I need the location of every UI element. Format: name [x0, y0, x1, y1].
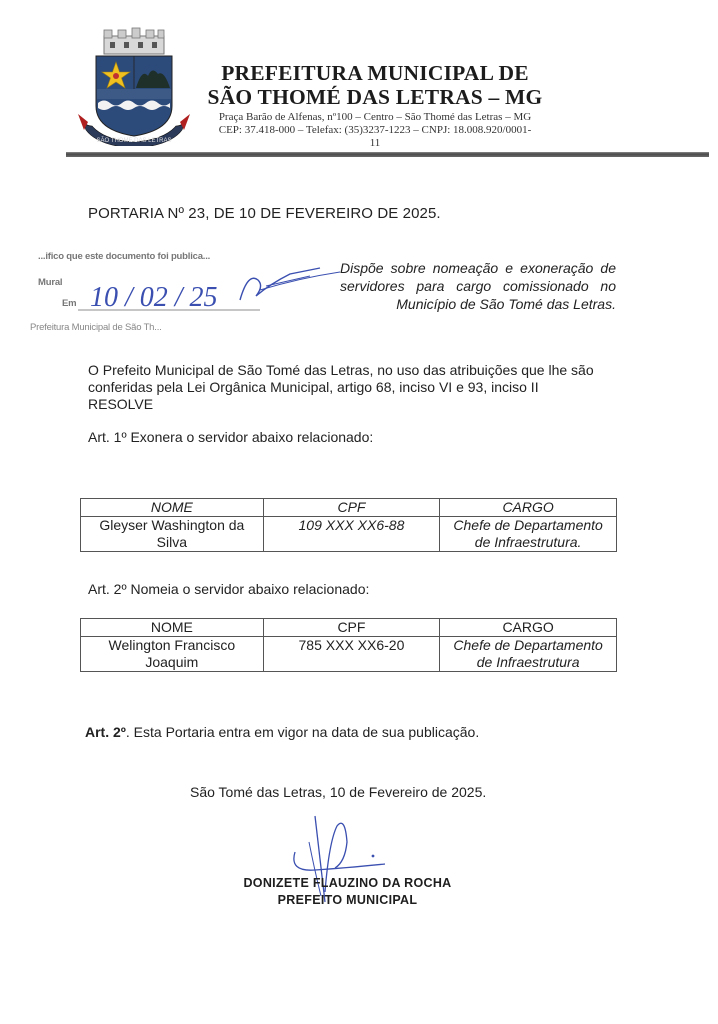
table-header-cargo: CARGO — [440, 499, 617, 517]
table-header-row: NOME CPF CARGO — [81, 499, 617, 517]
appointment-table: NOME CPF CARGO Welington FranciscoJoaqui… — [80, 618, 617, 672]
header-title-line2: SÃO THOMÉ DAS LETRAS – MG — [190, 85, 560, 109]
header-address-line3: 11 — [190, 137, 560, 150]
header-address-line1: Praça Barão de Alfenas, nº100 – Centro –… — [190, 111, 560, 124]
header-address-line2: CEP: 37.418-000 – Telefax: (35)3237-1223… — [190, 124, 560, 137]
svg-text:SÃO THOMÉ DAS LETRAS: SÃO THOMÉ DAS LETRAS — [97, 137, 172, 144]
exoneration-table: NOME CPF CARGO Gleyser Washington daSilv… — [80, 498, 617, 552]
municipal-coat-of-arms-icon: SÃO THOMÉ DAS LETRAS — [74, 26, 194, 146]
header-title-line1: PREFEITURA MUNICIPAL DE — [190, 61, 560, 85]
signer-role: PREFEITO MUNICIPAL — [230, 893, 465, 907]
table-header-nome: NOME — [81, 499, 264, 517]
stamp-date-value: 10 / 02 / 25 — [90, 282, 218, 312]
stamp-footer-text: Prefeitura Municipal de São Th... — [30, 322, 162, 333]
article-final-body: . Esta Portaria entra em vigor na data d… — [126, 724, 479, 740]
article-final-text: Art. 2º. Esta Portaria entra em vigor na… — [85, 724, 479, 740]
cell-cpf: 109 XXX XX6-88 — [263, 517, 440, 552]
header-divider — [66, 152, 709, 157]
article-final-label: Art. 2º — [85, 724, 126, 740]
table-header-cpf: CPF — [263, 499, 440, 517]
signer-name: DONIZETE FLAUZINO DA ROCHA — [230, 876, 465, 890]
document-title: PORTARIA Nº 23, DE 10 DE FEVEREIRO DE 20… — [88, 205, 441, 222]
place-and-date: São Tomé das Letras, 10 de Fevereiro de … — [190, 784, 486, 800]
article-1-text: Art. 1º Exonera o servidor abaixo relaci… — [88, 429, 373, 445]
cell-cargo: Chefe de Departamentode Infraestrutura. — [440, 517, 617, 552]
cell-nome: Welington FranciscoJoaquim — [81, 637, 264, 672]
resolve-text: RESOLVE — [88, 396, 153, 412]
article-2-text: Art. 2º Nomeia o servidor abaixo relacio… — [88, 581, 369, 597]
preamble-paragraph: O Prefeito Municipal de São Tomé das Let… — [88, 362, 628, 413]
table-header-cargo: CARGO — [440, 619, 617, 637]
table-header-row: NOME CPF CARGO — [81, 619, 617, 637]
preamble-text: O Prefeito Municipal de São Tomé das Let… — [88, 362, 594, 395]
ementa-summary: Dispõe sobre nomeação e exoneração de se… — [340, 259, 616, 313]
cell-nome: Gleyser Washington daSilva — [81, 517, 264, 552]
cell-cpf: 785 XXX XX6-20 — [263, 637, 440, 672]
table-row: Welington FranciscoJoaquim 785 XXX XX6-2… — [81, 637, 617, 672]
table-header-nome: NOME — [81, 619, 264, 637]
stamp-handwritten-date-icon: 10 / 02 / 25 — [60, 250, 340, 312]
table-header-cpf: CPF — [263, 619, 440, 637]
table-row: Gleyser Washington daSilva 109 XXX XX6-8… — [81, 517, 617, 552]
stamp-mural-text: Mural — [38, 277, 62, 288]
cell-cargo: Chefe de Departamentode Infraestrutura — [440, 637, 617, 672]
